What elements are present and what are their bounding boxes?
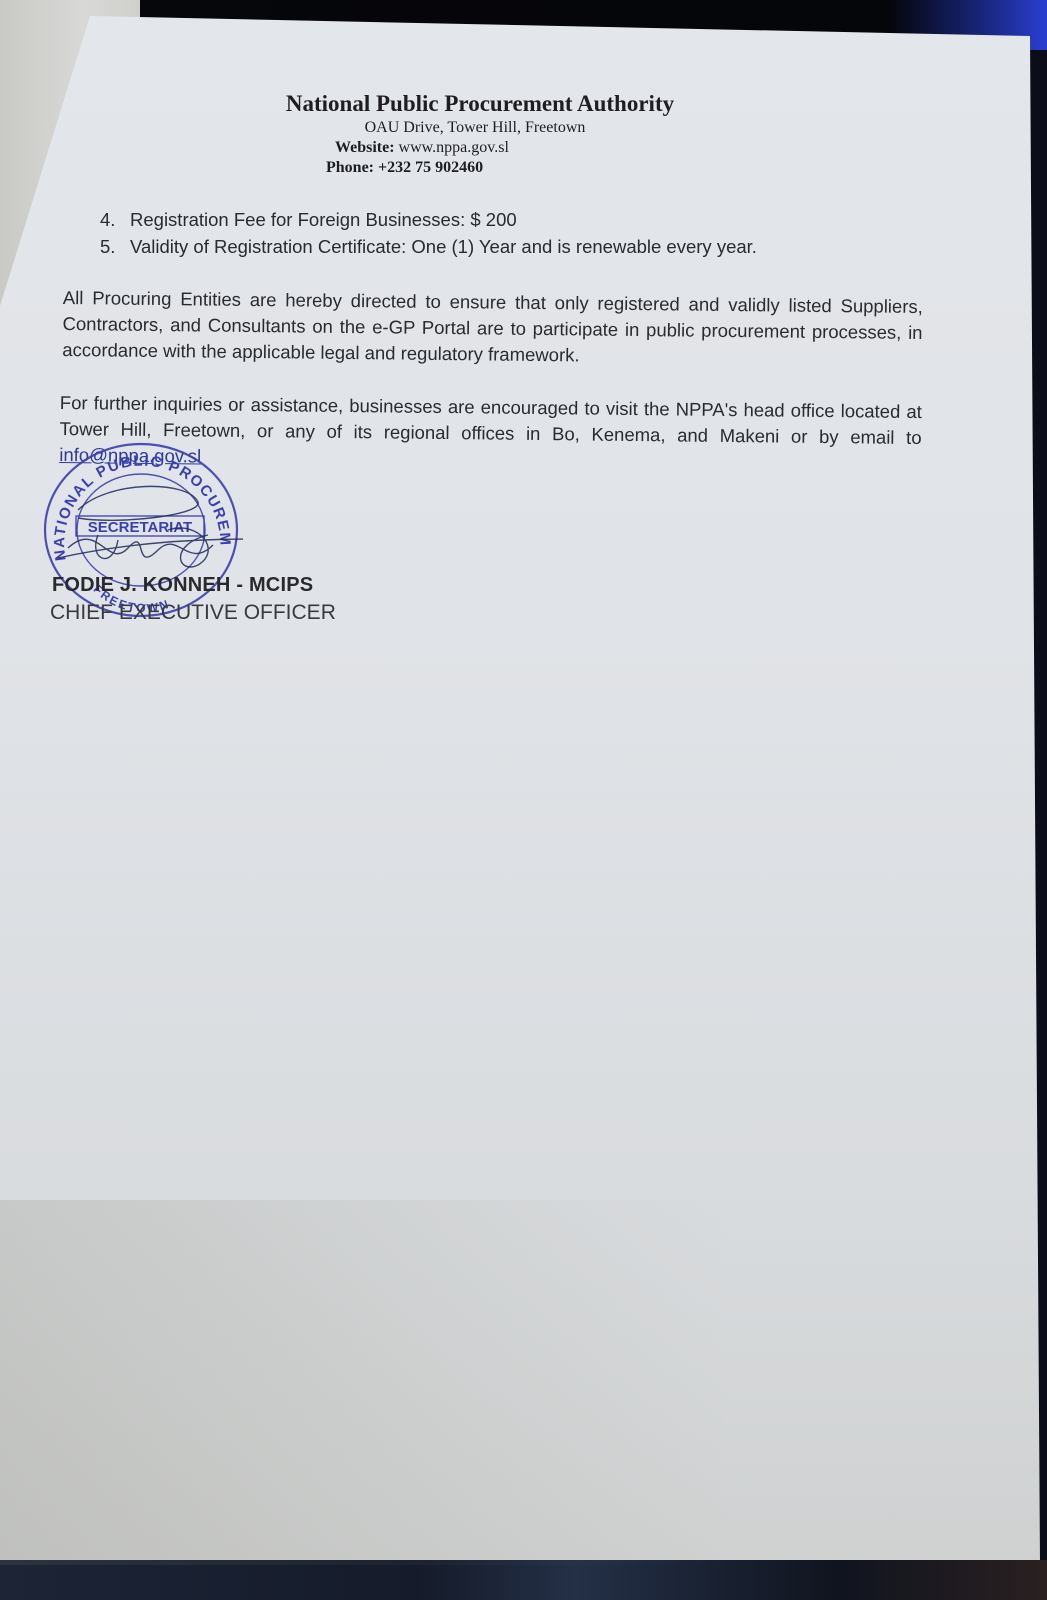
list-number: 5.	[100, 233, 130, 260]
phone-label: Phone:	[326, 159, 374, 176]
directive-paragraph: All Procuring Entities are hereby direct…	[62, 285, 923, 372]
phone-value: +232 75 902460	[378, 159, 483, 176]
organization-website: Website: www.nppa.gov.sl	[335, 138, 710, 158]
organization-name: National Public Procurement Authority	[250, 90, 710, 118]
organization-phone: Phone: +232 75 902460	[326, 158, 710, 178]
letterhead: National Public Procurement Authority OA…	[250, 90, 710, 178]
list-item: 4.Registration Fee for Foreign Businesse…	[100, 206, 860, 233]
email-prefix: email to	[850, 426, 922, 448]
inquiries-text: For further inquiries or assistance, bus…	[59, 392, 921, 447]
signatory-title: CHIEF EXECUTIVE OFFICER	[50, 601, 336, 625]
list-number: 4.	[100, 206, 130, 233]
numbered-list: 4.Registration Fee for Foreign Businesse…	[100, 206, 860, 260]
website-label: Website:	[335, 139, 395, 156]
background-bottom	[0, 1560, 1047, 1600]
signatory-name: FODIE J. KONNEH - MCIPS	[52, 574, 313, 597]
organization-address: OAU Drive, Tower Hill, Freetown	[240, 118, 710, 138]
list-text: Registration Fee for Foreign Businesses:…	[130, 209, 517, 230]
list-text: Validity of Registration Certificate: On…	[130, 236, 757, 257]
website-value: www.nppa.gov.sl	[399, 139, 509, 156]
stamp-outer-text: NATIONAL PUBLIC PROCUREMENT AUTHORITY	[38, 440, 233, 562]
list-item: 5.Validity of Registration Certificate: …	[100, 233, 860, 260]
